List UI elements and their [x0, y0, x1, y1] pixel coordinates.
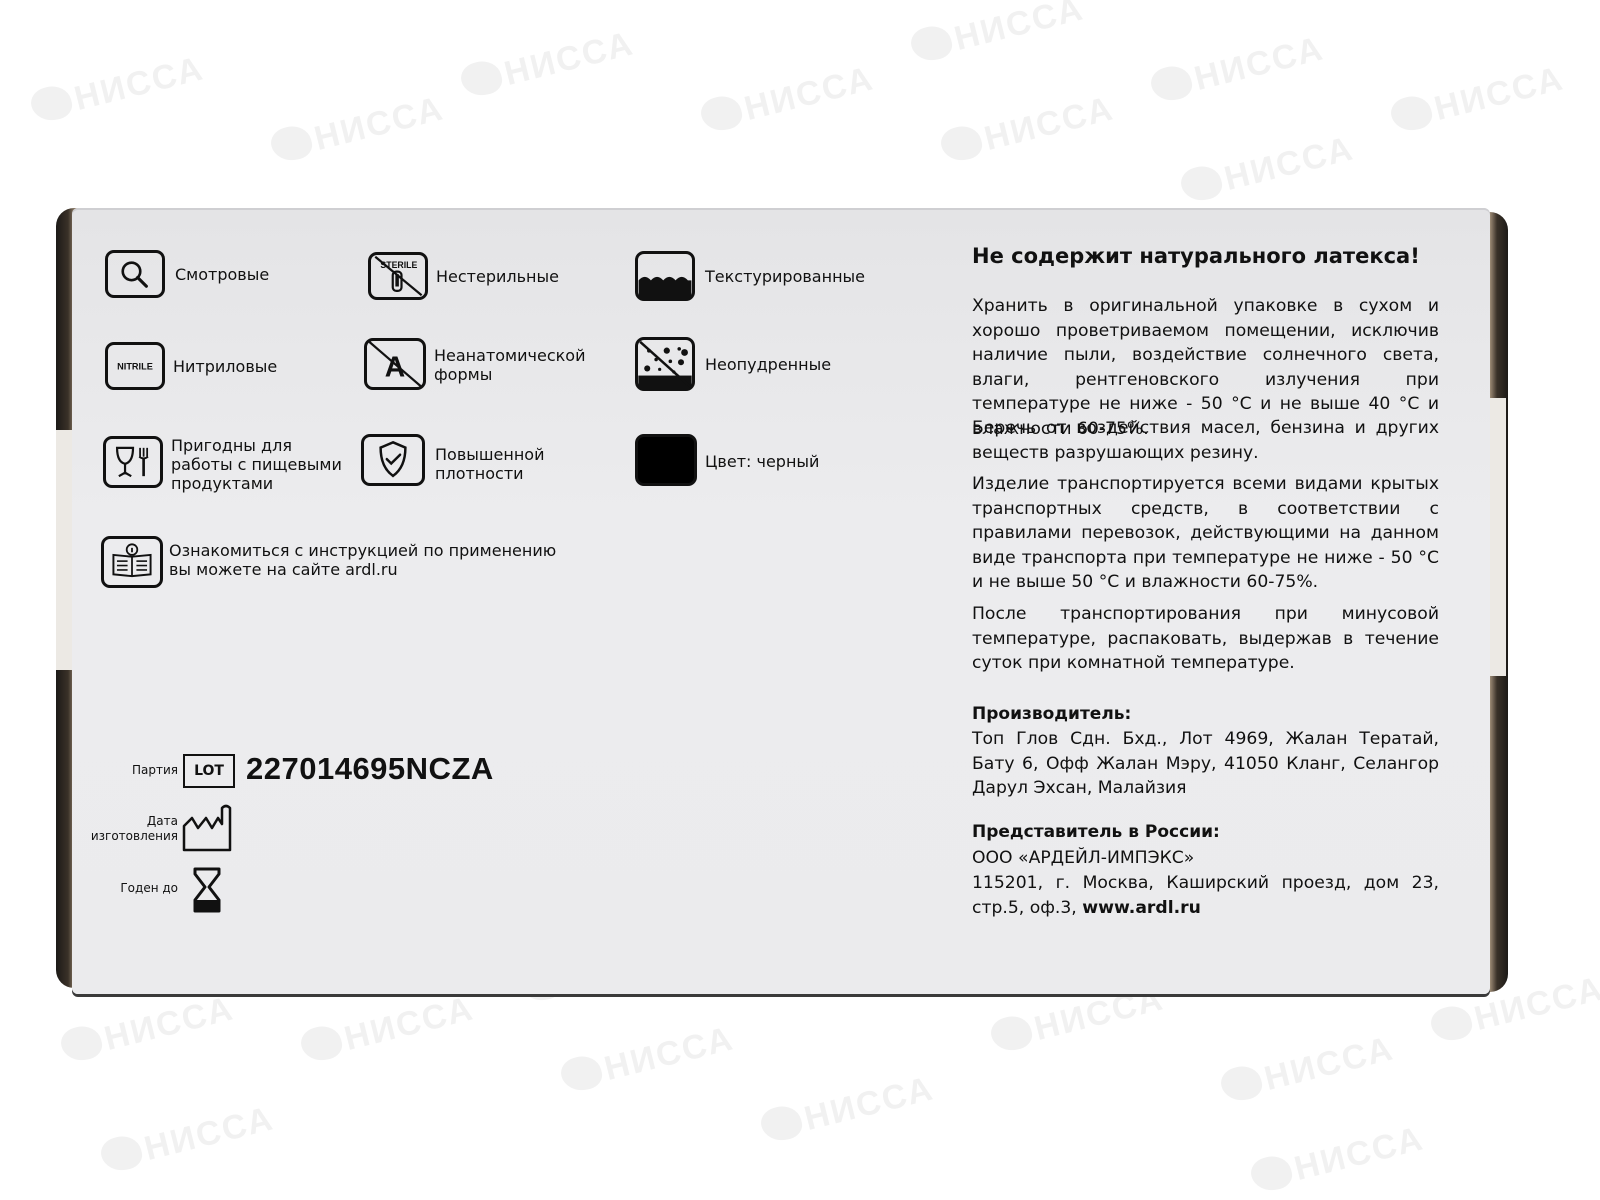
box-back-panel: Смотровые STERILE Нестерильные Текстурир…: [72, 208, 1490, 994]
manufacture-date-label: Дата изготовления: [82, 814, 178, 844]
watermark: НИССА: [1388, 59, 1568, 139]
watermark: НИССА: [1248, 1119, 1428, 1199]
lot-icon: LOT: [183, 754, 235, 788]
nitrile-icon-text: NITRILE: [117, 362, 153, 372]
feature-label-non-sterile: Нестерильные: [436, 267, 559, 286]
feature-label-textured: Текстурированные: [705, 267, 865, 286]
expiry-label: Годен до: [102, 881, 178, 896]
website-link[interactable]: www.ardl.ru: [1082, 898, 1201, 918]
feature-label-line: Ознакомиться с инструкцией по применению: [169, 541, 556, 560]
watermark: НИССА: [698, 59, 878, 139]
feature-label-line: продуктами: [171, 474, 342, 493]
shield-check-icon: [361, 434, 425, 486]
feature-label-color: Цвет: черный: [705, 452, 819, 471]
non-anatomic-icon-text: A: [385, 350, 405, 382]
feature-label-instructions: Ознакомиться с инструкцией по применению…: [169, 541, 556, 579]
feature-label-line: Пригодны для: [171, 436, 342, 455]
nitrile-icon: NITRILE: [105, 342, 165, 390]
watermark: НИССА: [1218, 1029, 1398, 1109]
feature-label-line: Неанатомической: [434, 346, 585, 365]
watermark: НИССА: [758, 1069, 938, 1149]
feature-label-food-safe: Пригодны для работы с пищевыми продуктам…: [171, 436, 342, 493]
box-left-flap-gap: [56, 430, 72, 670]
feature-label-examination: Смотровые: [175, 265, 269, 284]
no-latex-heading: Не содержит натурального латекса!: [972, 244, 1442, 268]
lot-number: 227014695NCZA: [246, 751, 494, 787]
watermark: НИССА: [938, 89, 1118, 169]
textured-surface-icon: [635, 251, 695, 301]
feature-label-line: плотности: [435, 464, 544, 483]
manufacture-date-label-line: Дата: [82, 814, 178, 829]
feature-label-line: формы: [434, 365, 585, 384]
watermark: НИССА: [98, 1099, 278, 1179]
factory-icon: [182, 804, 232, 852]
watermark: НИССА: [298, 989, 478, 1069]
color-swatch-icon: [635, 434, 697, 486]
after-transport-instructions: После транспортирования при минусовой те…: [972, 602, 1439, 676]
hourglass-icon: [192, 866, 222, 914]
feature-label-line: Повышенной: [435, 445, 544, 464]
manufacture-date-label-line: изготовления: [82, 829, 178, 844]
feature-label-non-anatomic: Неанатомической формы: [434, 346, 585, 384]
feature-label-nitrile: Нитриловые: [173, 357, 277, 376]
protection-instructions: Беречь от воздействия масел, бензина и д…: [972, 416, 1439, 465]
watermark: НИССА: [28, 49, 208, 129]
representative-address: 115201, г. Москва, Каширский проезд, дом…: [972, 871, 1439, 920]
instruction-book-icon: [101, 536, 163, 588]
magnifier-icon: [105, 250, 165, 298]
manufacturer-label: Производитель:: [972, 704, 1131, 724]
box-right-flap-gap: [1490, 398, 1506, 676]
watermark: НИССА: [908, 0, 1088, 70]
feature-label-powder-free: Неопудренные: [705, 355, 831, 374]
instructions-website-line: вы можете на сайте ardl.ru: [169, 560, 556, 579]
watermark: НИССА: [58, 989, 238, 1069]
watermark: НИССА: [1148, 29, 1328, 109]
lot-label: Партия: [112, 763, 178, 778]
watermark: НИССА: [1178, 129, 1358, 209]
watermark: НИССА: [558, 1019, 738, 1099]
representative-name: ООО «АРДЕЙЛ-ИМПЭКС»: [972, 846, 1439, 871]
feature-label-high-density: Повышенной плотности: [435, 445, 544, 483]
representative-label: Представитель в России:: [972, 822, 1220, 842]
watermark: НИССА: [458, 24, 638, 104]
powder-free-icon: [635, 337, 695, 391]
feature-label-line: работы с пищевыми: [171, 455, 342, 474]
glass-fork-icon: [103, 436, 163, 488]
non-anatomic-icon: A: [364, 338, 426, 390]
watermark: НИССА: [268, 89, 448, 169]
transport-instructions: Изделие транспортируется всеми видами кр…: [972, 472, 1439, 595]
representative-address-text: 115201, г. Москва, Каширский проезд, дом…: [972, 873, 1439, 918]
non-sterile-icon: STERILE: [368, 252, 428, 300]
manufacturer-address: Топ Глов Сдн. Бхд., Лот 4969, Жалан Тера…: [972, 727, 1439, 801]
